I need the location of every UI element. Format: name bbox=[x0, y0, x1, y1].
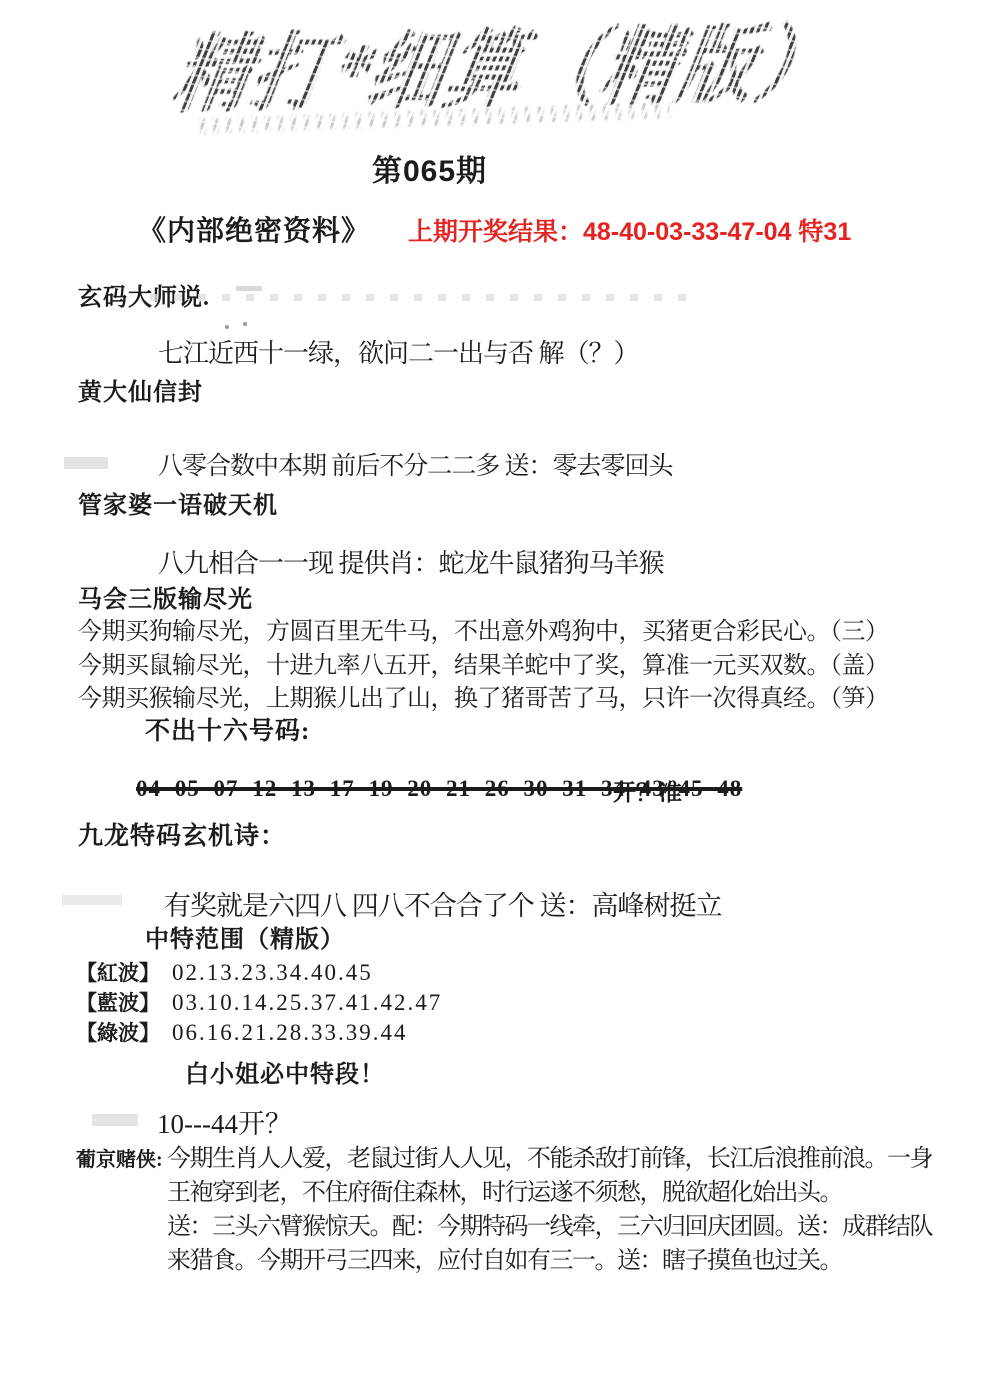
section-label-baixiaojie: 白小姐必中特段！ bbox=[185, 1054, 385, 1089]
pujing-line-2: 王袍穿到老，不住府衙住森林，时行运遂不须愁，脱欲超化始出头。 bbox=[167, 1172, 842, 1207]
mahui-line-rat: 今期买鼠输尽光，十进九率八五开，结果羊蛇中了奖，算准一元买双数。（盖） bbox=[78, 645, 889, 680]
green-wave-label: 【綠波】 bbox=[76, 1021, 160, 1045]
mahui-line-dog: 今期买狗输尽光，方圆百里无牛马，不出意外鸡狗中，买猪更合彩民心。（三） bbox=[78, 611, 889, 646]
section-label-huangdaxian: 黄大仙信封 bbox=[78, 372, 203, 407]
blue-wave-numbers: 03.10.14.25.37.41.42.47 bbox=[172, 990, 442, 1015]
scan-artifact-dash bbox=[236, 286, 262, 291]
section-label-xuanma-master: 玄码大师说. bbox=[78, 277, 210, 312]
jiulong-verse: 有奖就是六四八 四八不合合了个 送：高峰树挺立 bbox=[164, 884, 722, 923]
wave-row-green: 【綠波】 06.16.21.28.33.39.44 bbox=[76, 1017, 408, 1047]
issue-number: 第065期 bbox=[372, 146, 487, 190]
source-title: 《内部绝密资料》 bbox=[138, 209, 370, 249]
blue-wave-label: 【藍波】 bbox=[76, 991, 160, 1015]
red-wave-numbers: 02.13.23.34.40.45 bbox=[172, 960, 373, 985]
scan-artifact-smudge-2 bbox=[62, 895, 122, 905]
scan-artifact-smudge-1 bbox=[64, 457, 108, 469]
pujing-line-4: 来猎食。今期开弓三四来，应付自如有三一。送：瞎子摸鱼也过关。 bbox=[167, 1240, 842, 1275]
section-label-jiulong: 九龙特码玄机诗： bbox=[78, 816, 286, 852]
excluded-numbers-result: 开？准 bbox=[613, 774, 682, 807]
section-label-excluded-numbers: 不出十六号码: bbox=[145, 711, 310, 747]
wave-row-blue: 【藍波】 03.10.14.25.37.41.42.47 bbox=[76, 987, 442, 1017]
section-label-pujing: 葡京赌侠: bbox=[76, 1143, 163, 1172]
baixiaojie-range: 10---44开？ bbox=[157, 1102, 292, 1141]
section-label-zhongte-range: 中特范围（精版） bbox=[145, 919, 345, 954]
pujing-line-1: 今期生肖人人爱，老鼠过街人人见，不能杀敌打前锋，长江后浪推前浪。一身 bbox=[167, 1138, 932, 1173]
last-draw-result: 上期开奖结果：48-40-03-33-47-04 特31 bbox=[408, 212, 851, 248]
guanjiapo-verse: 八九相合一一现 提供肖：蛇龙牛鼠猪狗马羊猴 bbox=[158, 543, 664, 580]
section-label-mahui: 马会三版输尽光 bbox=[78, 579, 253, 614]
mahui-line-monkey: 今期买猴输尽光，上期猴儿出了山，换了猪哥苦了马，只许一次得真经。（笋） bbox=[78, 678, 889, 713]
scan-artifact-ghost-line bbox=[150, 294, 690, 301]
section-label-guanjiapo: 管家婆一语破天机 bbox=[78, 485, 278, 520]
huangdaxian-verse: 八零合数中本期 前后不分二二多 送：零去零回头 bbox=[158, 446, 673, 482]
pujing-line-3: 送：三头六臂猴惊天。配：今期特码一线牵，三六归回庆团圆。送：成群结队 bbox=[167, 1206, 932, 1241]
scan-artifact-dot-2 bbox=[243, 322, 247, 326]
xuanma-verse: 七江近西十一绿，欲问二一出与否 解（？） bbox=[158, 333, 639, 370]
masthead: 精打*细算（精版） bbox=[130, 12, 830, 147]
scanned-lottery-sheet: 精打*细算（精版） 第065期 《内部绝密资料》 上期开奖结果：48-40-03… bbox=[0, 0, 981, 1388]
green-wave-numbers: 06.16.21.28.33.39.44 bbox=[172, 1020, 408, 1045]
scan-artifact-dot-1 bbox=[225, 325, 229, 329]
wave-row-red: 【紅波】 02.13.23.34.40.45 bbox=[76, 957, 373, 987]
scan-artifact-smudge-3 bbox=[92, 1114, 138, 1126]
red-wave-label: 【紅波】 bbox=[76, 961, 160, 985]
